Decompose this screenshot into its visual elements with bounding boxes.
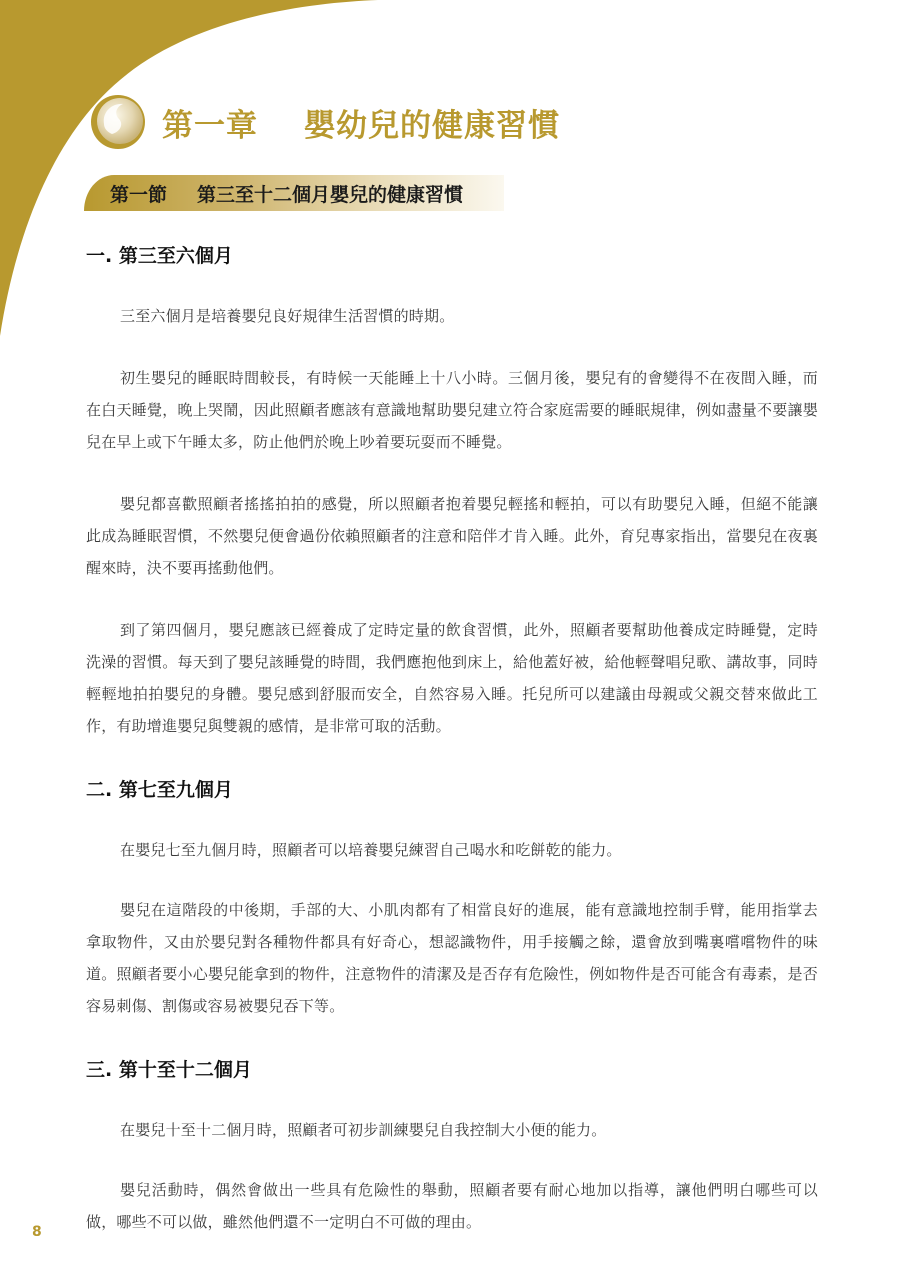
chapter-number: 第一章 xyxy=(162,100,258,145)
paragraph: 嬰兒活動時，偶然會做出一些具有危險性的舉動，照顧者要有耐心地加以指導，讓他們明白… xyxy=(86,1174,818,1238)
paragraph: 嬰兒都喜歡照顧者搖搖拍拍的感覺，所以照顧者抱着嬰兒輕搖和輕拍，可以有助嬰兒入睡，… xyxy=(86,488,818,584)
section-number: 第一節 xyxy=(110,180,167,207)
chapter-title: 嬰幼兒的健康習慣 xyxy=(304,100,560,145)
subsection-heading: 三. 第十至十二個月 xyxy=(86,1050,818,1090)
paragraph: 在嬰兒七至九個月時，照顧者可以培養嬰兒練習自己喝水和吃餅乾的能力。 xyxy=(86,834,818,866)
chapter-header: 第一章 嬰幼兒的健康習慣 xyxy=(90,92,560,152)
section-title: 第三至十二個月嬰兒的健康習慣 xyxy=(197,180,463,207)
paragraph: 初生嬰兒的睡眠時間較長，有時候一天能睡上十八小時。三個月後，嬰兒有的會變得不在夜… xyxy=(86,362,818,458)
pearl-circle-icon xyxy=(90,94,146,150)
paragraph: 三至六個月是培養嬰兒良好規律生活習慣的時期。 xyxy=(86,300,818,332)
paragraph: 到了第四個月，嬰兒應該已經養成了定時定量的飲食習慣，此外，照顧者要幫助他養成定時… xyxy=(86,614,818,742)
subsection-heading: 二. 第七至九個月 xyxy=(86,770,818,810)
paragraph: 在嬰兒十至十二個月時，照顧者可初步訓練嬰兒自我控制大小便的能力。 xyxy=(86,1114,818,1146)
section-header-bar: 第一節 第三至十二個月嬰兒的健康習慣 xyxy=(84,175,504,211)
subsection-heading: 一. 第三至六個月 xyxy=(86,236,818,276)
paragraph: 嬰兒在這階段的中後期，手部的大、小肌肉都有了相當良好的進展，能有意識地控制手臂，… xyxy=(86,894,818,1022)
page-content: 一. 第三至六個月 三至六個月是培養嬰兒良好規律生活習慣的時期。 初生嬰兒的睡眠… xyxy=(86,236,818,1238)
page-number: 8 xyxy=(32,1224,42,1240)
